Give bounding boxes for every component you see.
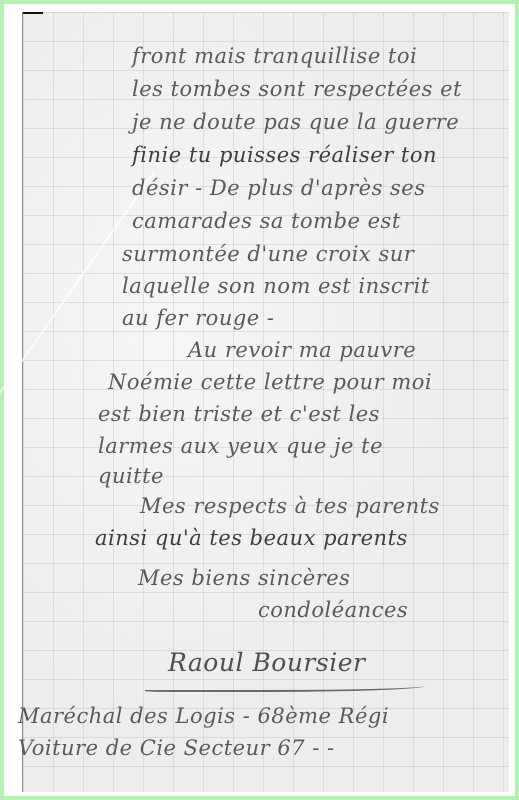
sender-address-line: Voiture de Cie Secteur 67 - -: [18, 736, 335, 760]
letter-line: quitte: [98, 464, 164, 488]
letter-line: camarades sa tombe est: [132, 209, 401, 233]
letter-line: front mais tranquillise toi: [132, 44, 417, 68]
letter-line: larmes aux yeux que je te: [98, 434, 383, 458]
closing-line: Mes biens sincères: [138, 566, 350, 590]
letter-line: Au revoir ma pauvre: [188, 338, 416, 362]
letter-line: Mes respects à tes parents: [140, 494, 440, 518]
letter-line: Noémie cette lettre pour moi: [108, 370, 432, 394]
letter-line: laquelle son nom est inscrit: [122, 274, 430, 298]
signature: Raoul Boursier: [168, 648, 365, 677]
letter-line: ainsi qu'à tes beaux parents: [95, 526, 408, 550]
letter-line: est bien triste et c'est les: [98, 402, 380, 426]
letter-line: au fer rouge -: [122, 306, 274, 330]
letter-line: je ne doute pas que la guerre: [132, 110, 459, 134]
letter-line: finie tu puisses réaliser ton: [132, 143, 437, 167]
letter-line: surmontée d'une croix sur: [122, 242, 414, 266]
sender-address-line: Maréchal des Logis - 68ème Régi: [18, 704, 389, 728]
letter-line: les tombes sont respectées et: [132, 77, 462, 101]
closing-line: condoléances: [258, 598, 408, 622]
letter-line: désir - De plus d'après ses: [132, 176, 426, 200]
corner-mark: [23, 12, 43, 14]
